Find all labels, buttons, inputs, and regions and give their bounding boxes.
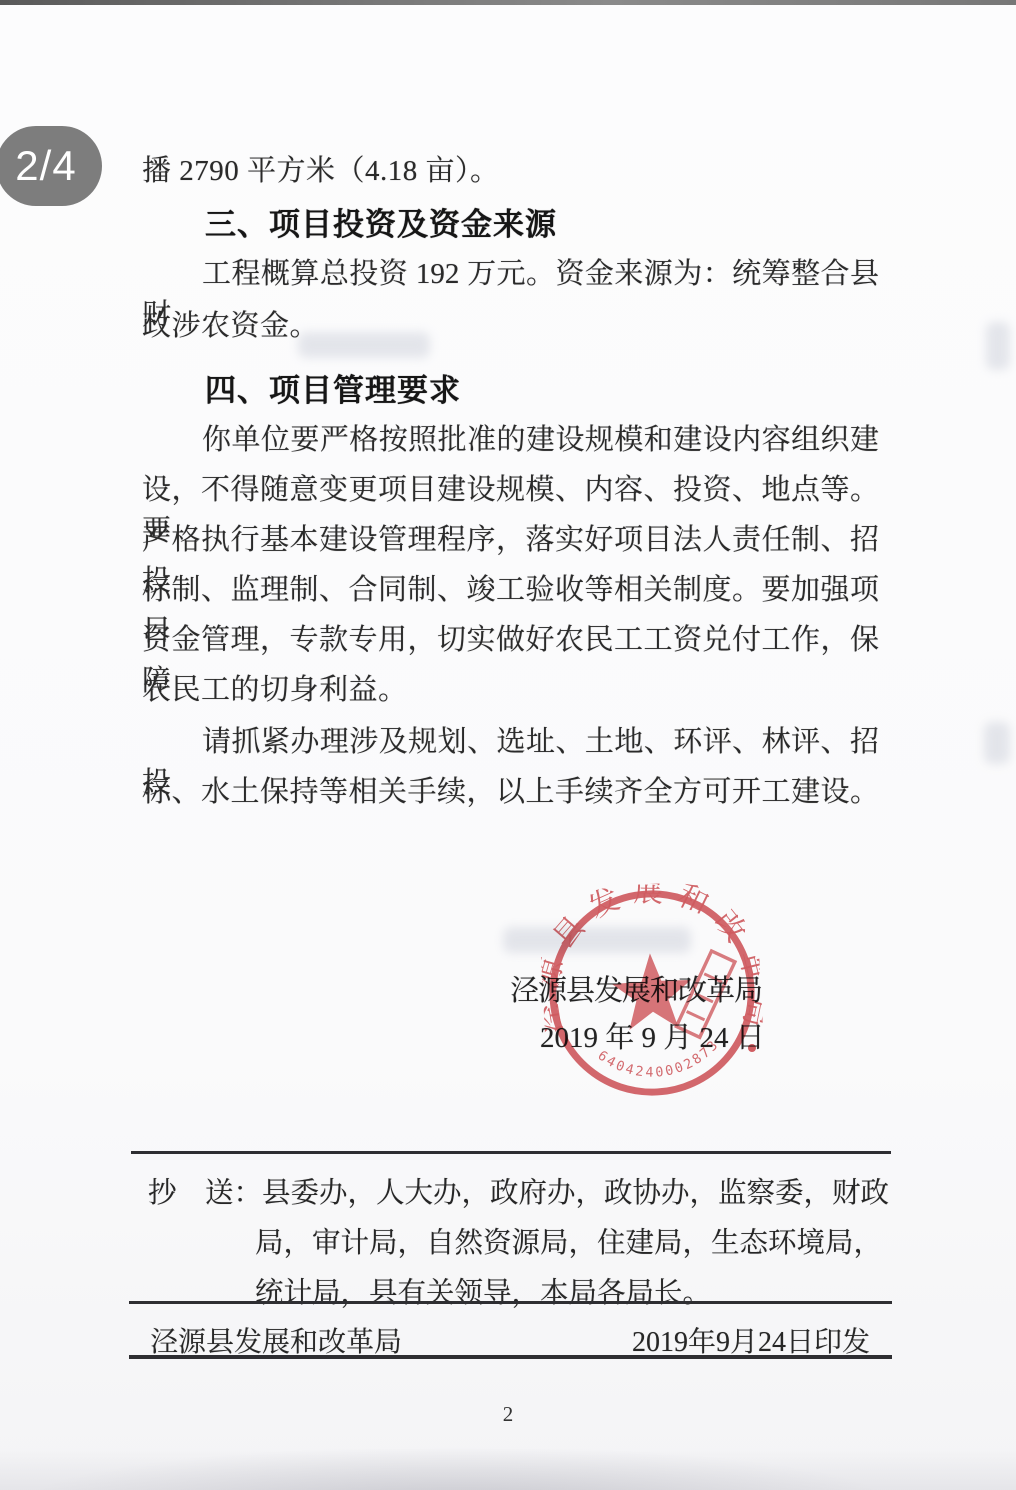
cc-line: 抄 送：县委办，人大办，政府办，政协办，监察委，财政 [148, 1170, 889, 1211]
section4-heading: 四、项目管理要求 [205, 365, 461, 410]
cc-label: 抄 送： [148, 1178, 262, 1209]
page-indicator-badge: 2/4 [0, 126, 102, 206]
carryover-line: 播 2790 平方米（4.18 亩）。 [142, 148, 500, 189]
scan-top-edge-artifact [0, 0, 1016, 5]
paragraph-line: 标、水土保持等相关手续，以上手续齐全方可开工建设。 [142, 769, 879, 810]
divider-rule [129, 1355, 892, 1359]
paragraph-line: 你单位要严格按照批准的建设规模和建设内容组织建 [142, 417, 879, 458]
page-number: 2 [0, 1402, 1016, 1427]
bleedthrough-artifact [984, 722, 1010, 764]
bleedthrough-artifact [986, 322, 1010, 370]
official-seal-stamp: 泾源县发展和改革局 6404240002873 [537, 878, 766, 1107]
seal-ink-dot-artifact [748, 1044, 756, 1052]
divider-rule [131, 1151, 891, 1154]
footer-issuer: 泾源县发展和改革局 [150, 1320, 402, 1360]
scan-bottom-shadow-artifact [0, 1430, 1016, 1490]
cc-text: 县委办，人大办，政府办，政协办，监察委，财政 [262, 1178, 889, 1209]
section3-heading: 三、项目投资及资金来源 [205, 199, 557, 244]
section3-line: 政涉农资金。 [142, 303, 319, 344]
page-indicator-label: 2/4 [15, 142, 76, 190]
divider-rule [129, 1301, 892, 1304]
cc-line: 局，审计局，自然资源局，住建局，生态环境局， [255, 1220, 882, 1261]
seal-inner-box-artifact [676, 951, 735, 1037]
paragraph-line: 农民工的切身利益。 [142, 667, 408, 708]
scanned-document-page: 2/4 播 2790 平方米（4.18 亩）。 三、项目投资及资金来源 工程概算… [0, 0, 1016, 1490]
footer-print-date: 2019年9月24日印发 [632, 1320, 870, 1360]
cc-line: 统计局，县有关领导，本局各局长。 [255, 1270, 711, 1311]
